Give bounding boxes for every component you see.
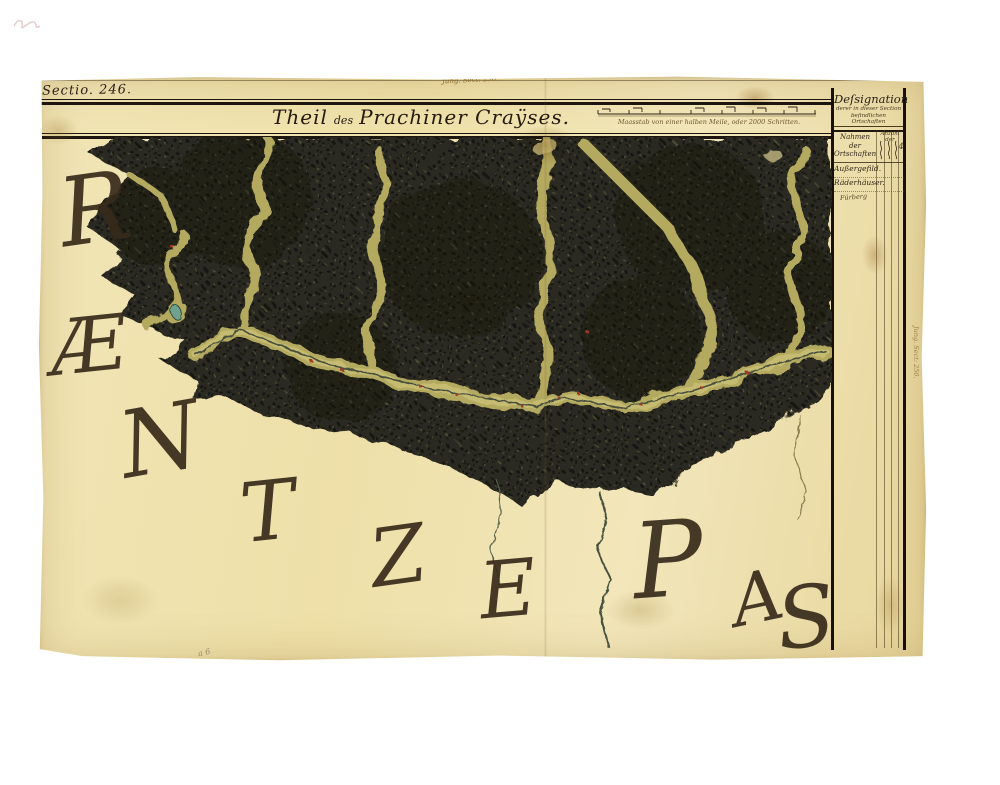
adjacent-sheet-note-top: Jung. Sect: 238. xyxy=(442,75,499,86)
map-sheet: Sectio. 246. Jung. Sect: 238. TheildesPr… xyxy=(38,76,927,662)
designation-subtitle-2: befindlichen Ortschaften xyxy=(834,113,903,127)
scale-caption: Maasstab von einer halben Meile, oder 20… xyxy=(598,118,820,126)
corner-scribble-mark xyxy=(10,10,46,40)
calligraphic-letter-r: R xyxy=(52,151,138,270)
sectio-number-label: Sectio. 246. xyxy=(42,82,132,99)
header-rule-thin xyxy=(38,99,831,100)
designation-entries: Außergefild. Räderhäuser. Fürberg xyxy=(834,164,904,202)
adjacent-sheet-note-right: Jung. Sect: 250. xyxy=(912,326,920,379)
calligraphic-letter-p: P xyxy=(629,497,708,624)
scanned-map-page: Sectio. 246. Jung. Sect: 238. TheildesPr… xyxy=(0,0,1000,785)
map-title-word1: Theil xyxy=(272,105,328,129)
column-divider xyxy=(876,130,877,648)
map-title: TheildesPrachiner Craÿses. xyxy=(256,105,586,133)
rotated-column-label xyxy=(877,140,884,160)
stream-east xyxy=(794,415,806,520)
column-divider xyxy=(891,130,892,648)
designation-entry-row: Außergefild. xyxy=(834,164,904,178)
map-frame-rule-thin xyxy=(38,133,831,134)
paper-stain xyxy=(875,575,905,635)
map-title-word3: Prachiner Craÿses. xyxy=(359,105,570,129)
column-divider xyxy=(884,130,885,648)
designation-header: Deſsignation derer in dieser Section bef… xyxy=(834,90,903,132)
paper-crease xyxy=(544,76,547,662)
river-south xyxy=(597,492,611,648)
calligraphic-letter-e: E xyxy=(476,543,541,638)
scale-bar xyxy=(596,103,818,119)
map-title-word2: des xyxy=(334,114,353,127)
designation-title: Deſsignation xyxy=(834,92,903,106)
column-divider xyxy=(898,130,899,648)
table-header-underline xyxy=(831,162,906,163)
names-column-header: Nahmen der Ortschaften xyxy=(834,133,876,159)
calligraphic-letter-ae: Æ xyxy=(46,297,131,393)
calligraphic-letter-t: T xyxy=(236,462,300,562)
calligraphic-letter-s: S xyxy=(772,566,840,671)
